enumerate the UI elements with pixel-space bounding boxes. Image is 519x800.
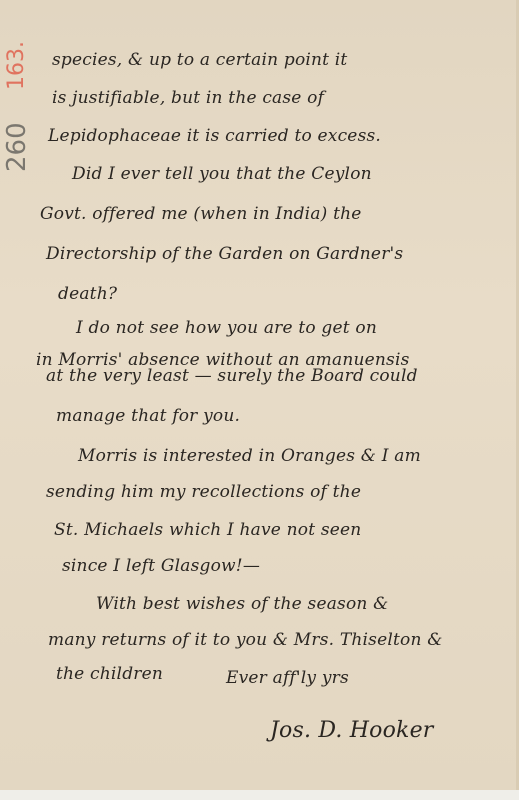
letter-line: at the very least — surely the Board cou… — [46, 366, 418, 386]
letter-line: many returns of it to you & Mrs. Thiselt… — [48, 630, 443, 650]
letter-line: manage that for you. — [56, 406, 240, 426]
letter-line: Govt. offered me (when in India) the — [40, 204, 362, 224]
letter-line: is justifiable, but in the case of — [52, 88, 324, 108]
letter-line: Did I ever tell you that the Ceylon — [72, 164, 372, 184]
letter-line: Morris is interested in Oranges & I am — [78, 446, 421, 466]
letter-line: Lepidophaceae it is carried to excess. — [48, 126, 381, 146]
signature: Jos. D. Hooker — [270, 718, 434, 743]
pencil-number: 260 — [2, 122, 32, 172]
letter-line: St. Michaels which I have not seen — [54, 520, 361, 540]
letter-line: I do not see how you are to get on — [76, 318, 377, 338]
letter-line: With best wishes of the season & — [96, 594, 389, 614]
letter-line: sending him my recollections of the — [46, 482, 361, 502]
letter-line: Directorship of the Garden on Gardner's — [46, 244, 403, 264]
letter-line: death? — [58, 284, 117, 304]
folio-number-red: 163. — [4, 41, 29, 90]
letter-page: 163. 260 species, & up to a certain poin… — [0, 0, 519, 790]
letter-line: the children — [56, 664, 163, 684]
scan-border — [0, 790, 519, 800]
letter-closing: Ever aff'ly yrs — [226, 668, 349, 688]
letter-line: since I left Glasgow!— — [62, 556, 260, 576]
letter-line: species, & up to a certain point it — [52, 50, 347, 70]
